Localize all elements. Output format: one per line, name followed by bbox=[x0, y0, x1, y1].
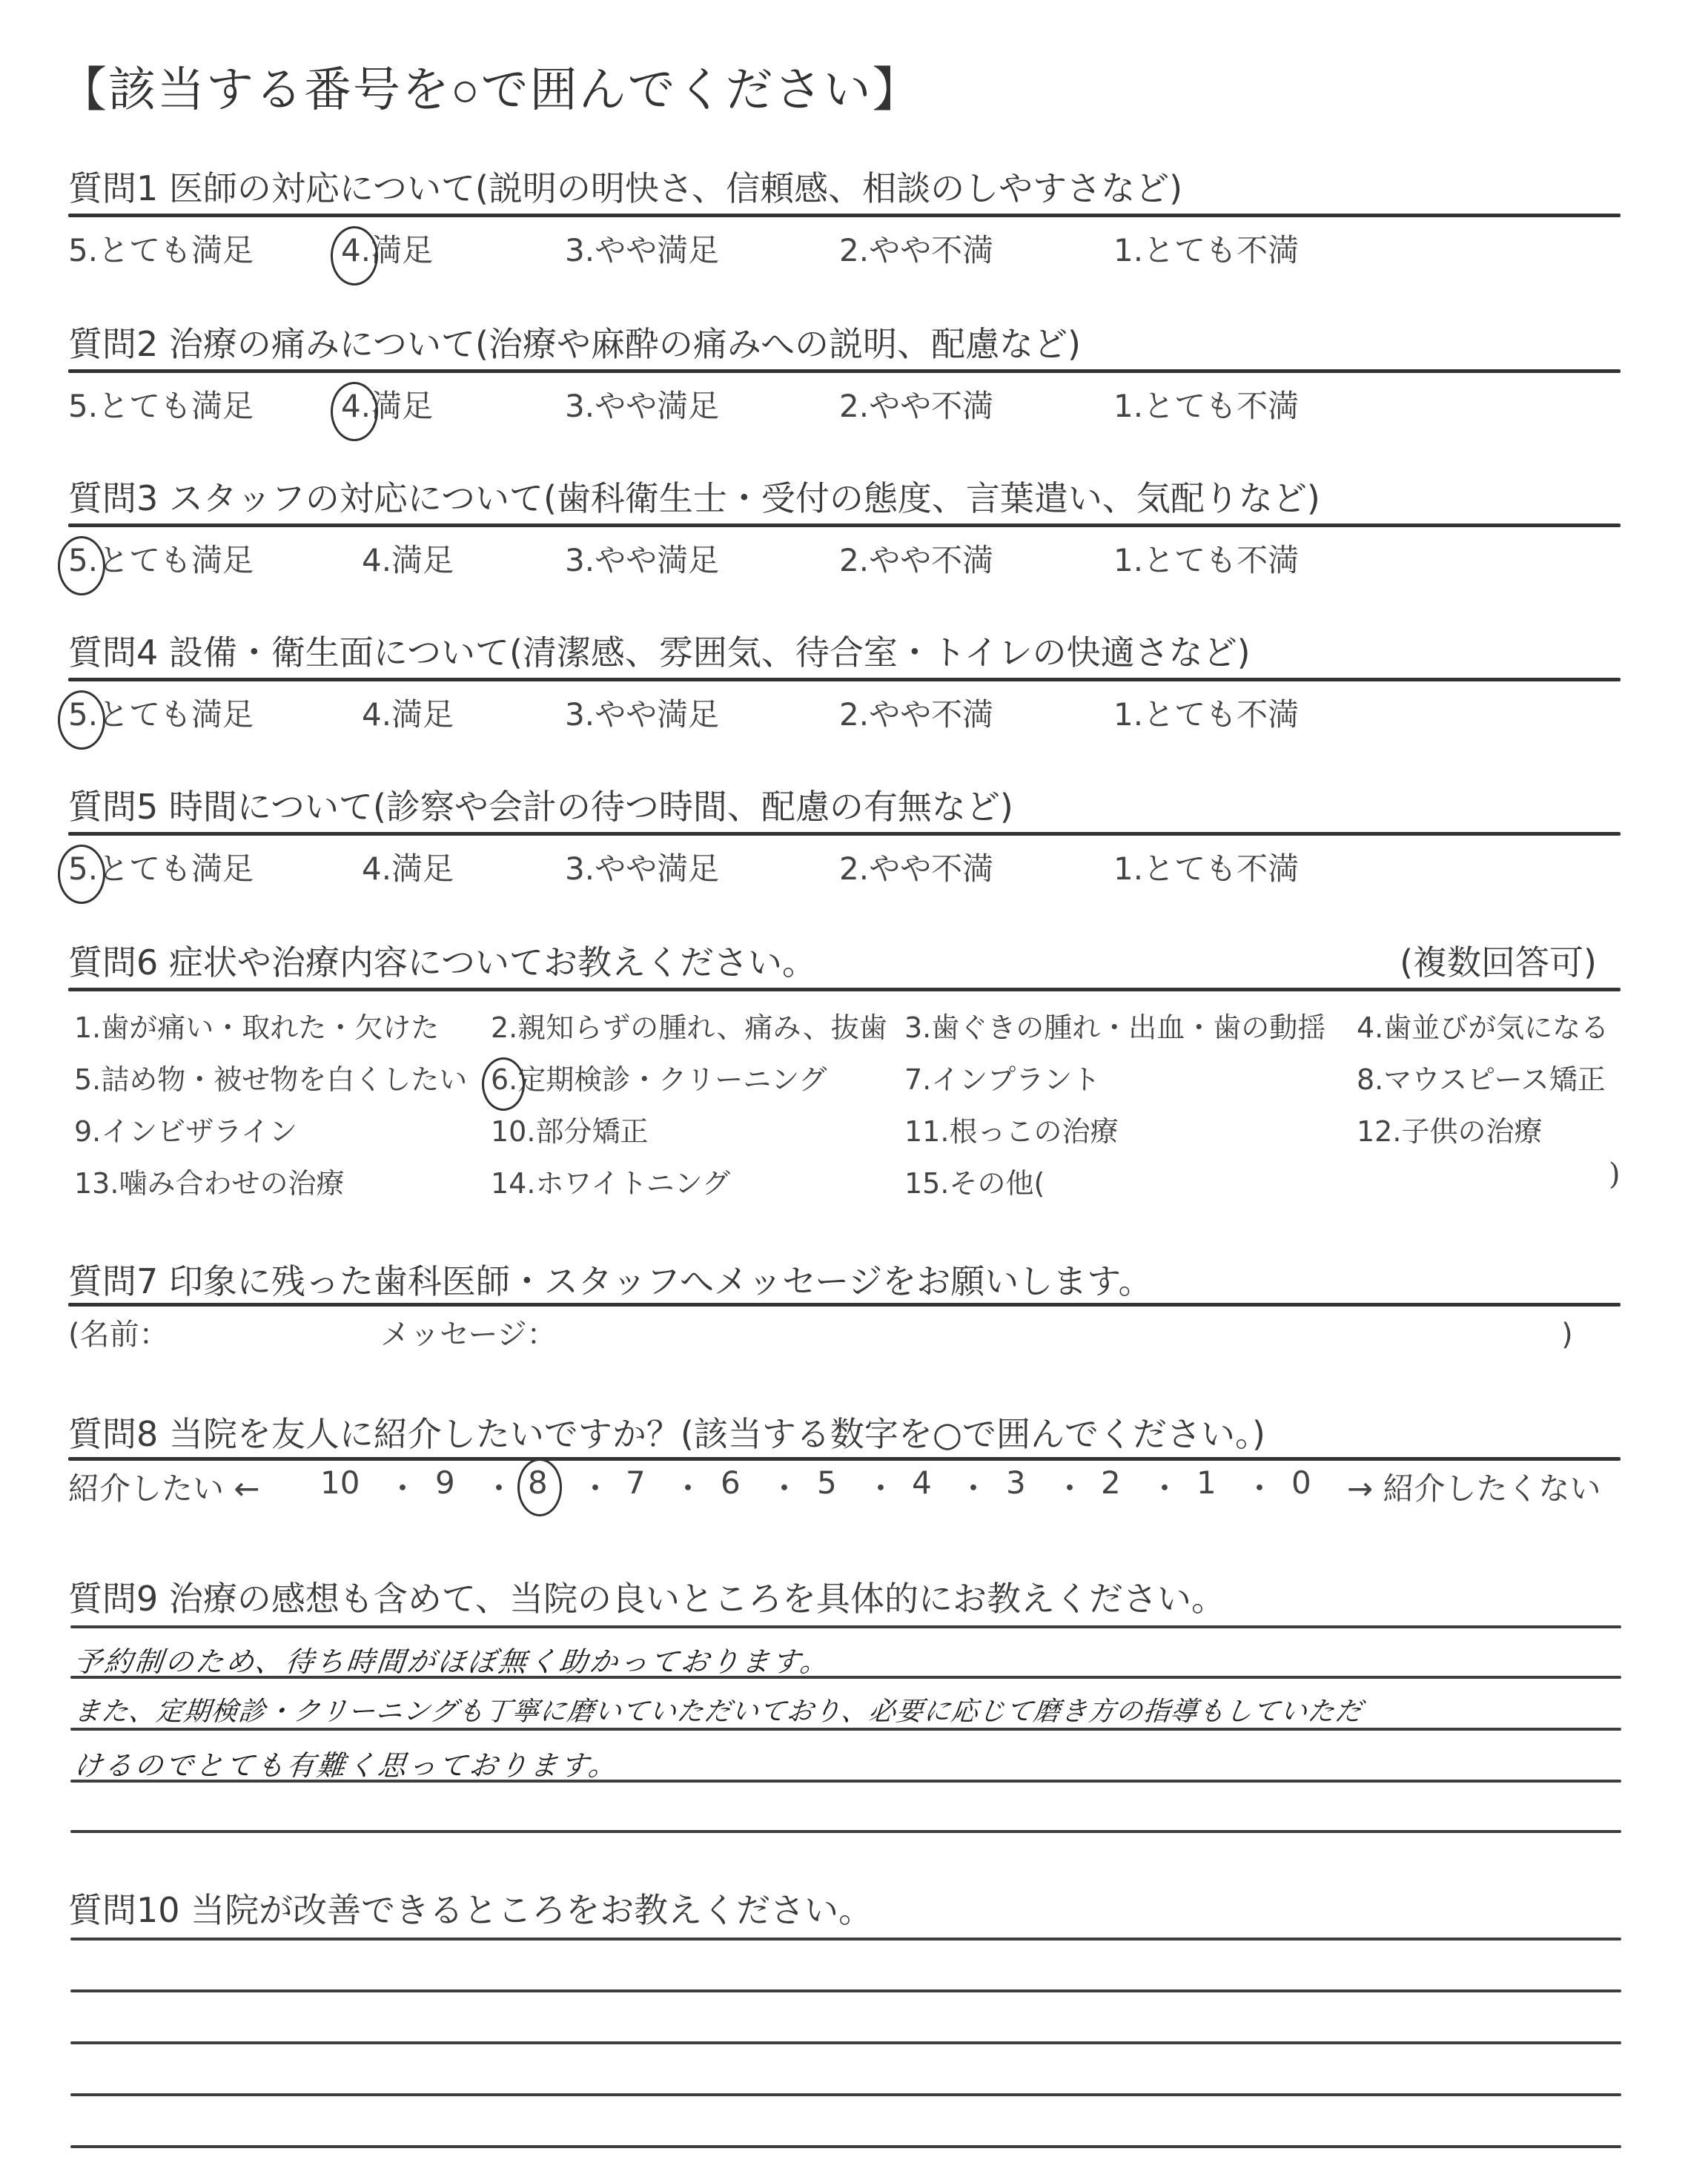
q2-options: 5.とても満足 4.満足 3.やや満足 2.やや不満 1.とても不満 bbox=[68, 382, 1625, 426]
q10-answer-line-5[interactable] bbox=[70, 2145, 1621, 2148]
q3-title: 質問3 スタッフの対応について(歯科衛生士・受付の態度、言葉遣い、気配りなど) bbox=[68, 472, 1320, 521]
q8-separator: ・ bbox=[580, 1464, 611, 1509]
q7-name-label: (名前： bbox=[68, 1318, 169, 1352]
q9-answer-line-3[interactable]: けるのでとても有難く思っております。 bbox=[72, 1743, 621, 1783]
q8-value-2[interactable]: 2 bbox=[1101, 1464, 1121, 1501]
q9-title: 質問9 治療の感想も含めて、当院の良いところを具体的にお教えください。 bbox=[68, 1572, 1225, 1621]
q1-option-2[interactable]: 2.やや不満 bbox=[839, 226, 993, 271]
q7-close-paren: ) bbox=[1561, 1318, 1573, 1352]
q8-separator: ・ bbox=[483, 1464, 514, 1509]
q10-answer-line-3[interactable] bbox=[70, 2041, 1621, 2044]
q1-rule bbox=[68, 214, 1621, 217]
q1-option-1[interactable]: 1.とても不満 bbox=[1113, 226, 1299, 271]
q9-rule-2 bbox=[70, 1728, 1621, 1731]
q8-separator: ・ bbox=[1244, 1464, 1275, 1509]
q1-title: 質問1 医師の対応について(説明の明快さ、信頼感、相談のしやすさなど) bbox=[68, 162, 1182, 211]
q6-option-3[interactable]: 3.歯ぐきの腫れ・出血・歯の動揺 bbox=[904, 1005, 1325, 1046]
q8-separator: ・ bbox=[672, 1464, 704, 1509]
q1-option-5[interactable]: 5.とても満足 bbox=[68, 226, 254, 271]
q8-value-0[interactable]: 0 bbox=[1291, 1464, 1311, 1501]
q6-rule bbox=[68, 988, 1621, 991]
q10-answer-line-4[interactable] bbox=[70, 2093, 1621, 2096]
q2-option-1[interactable]: 1.とても不満 bbox=[1113, 382, 1299, 426]
q7-title: 質問7 印象に残った歯科医師・スタッフへメッセージをお願いします。 bbox=[68, 1255, 1153, 1304]
q2-title: 質問2 治療の痛みについて(治療や麻酔の痛みへの説明、配慮など) bbox=[68, 317, 1081, 366]
q5-option-4[interactable]: 4.満足 bbox=[362, 845, 454, 889]
q6-option-10[interactable]: 10.部分矯正 bbox=[491, 1109, 648, 1149]
q9-rule-0 bbox=[70, 1625, 1621, 1628]
q4-option-3[interactable]: 3.やや満足 bbox=[565, 690, 719, 735]
q8-value-6[interactable]: 6 bbox=[721, 1464, 741, 1501]
q2-option-5[interactable]: 5.とても満足 bbox=[68, 382, 254, 426]
q8-title: 質問8 当院を友人に紹介したいですか？(該当する数字を○で囲んでください。) bbox=[68, 1407, 1265, 1456]
q3-option-3[interactable]: 3.やや満足 bbox=[565, 536, 719, 581]
page-title: 【該当する番号を○で囲んでください】 bbox=[59, 52, 921, 120]
q4-option-1[interactable]: 1.とても不満 bbox=[1113, 690, 1299, 735]
q3-option-2[interactable]: 2.やや不満 bbox=[839, 536, 993, 581]
q8-value-7[interactable]: 7 bbox=[626, 1464, 646, 1501]
q8-separator: ・ bbox=[1149, 1464, 1180, 1509]
q6-option-15-other[interactable]: 15.その他( bbox=[904, 1160, 1045, 1201]
q6-title: 質問6 症状や治療内容についてお教えください。 bbox=[68, 936, 816, 985]
q5-option-1[interactable]: 1.とても不満 bbox=[1113, 845, 1299, 889]
q4-rule bbox=[68, 678, 1621, 681]
q4-title: 質問4 設備・衛生面について(清潔感、雰囲気、待合室・トイレの快適さなど) bbox=[68, 626, 1251, 675]
q4-option-5-selected[interactable]: 5.とても満足 bbox=[68, 690, 254, 735]
q8-right-label: → 紹介したくない bbox=[1347, 1464, 1601, 1509]
q7-message-row: (名前： メッセージ： ) bbox=[68, 1311, 1573, 1353]
q10-title: 質問10 当院が改善できるところをお教えください。 bbox=[68, 1883, 873, 1932]
q7-message-label: メッセージ： bbox=[380, 1318, 557, 1352]
q9-rule-4 bbox=[70, 1830, 1621, 1833]
q1-options: 5.とても満足 4.満足 3.やや満足 2.やや不満 1.とても不満 bbox=[68, 226, 1625, 271]
q6-option-1[interactable]: 1.歯が痛い・取れた・欠けた bbox=[74, 1005, 439, 1046]
q1-option-3[interactable]: 3.やや満足 bbox=[565, 226, 719, 271]
q5-option-3[interactable]: 3.やや満足 bbox=[565, 845, 719, 889]
q5-options: 5.とても満足 4.満足 3.やや満足 2.やや不満 1.とても不満 bbox=[68, 845, 1625, 889]
q6-option-13[interactable]: 13.噛み合わせの治療 bbox=[74, 1160, 344, 1201]
q5-option-5-selected[interactable]: 5.とても満足 bbox=[68, 845, 254, 889]
q9-rule-3 bbox=[70, 1780, 1621, 1783]
q6-option-4[interactable]: 4.歯並びが気になる bbox=[1357, 1005, 1609, 1046]
q8-value-1[interactable]: 1 bbox=[1196, 1464, 1217, 1501]
q8-value-10[interactable]: 10 bbox=[320, 1464, 360, 1501]
q3-options: 5.とても満足 4.満足 3.やや満足 2.やや不満 1.とても不満 bbox=[68, 536, 1625, 581]
q6-option-5[interactable]: 5.詰め物・被せ物を白くしたい bbox=[74, 1057, 467, 1097]
q8-separator: ・ bbox=[387, 1464, 418, 1509]
q2-rule bbox=[68, 369, 1621, 373]
q2-option-4-selected[interactable]: 4.満足 bbox=[341, 382, 433, 426]
q6-option-2[interactable]: 2.親知らずの腫れ、痛み、抜歯 bbox=[491, 1005, 887, 1046]
q1-option-4-selected[interactable]: 4.満足 bbox=[341, 226, 433, 271]
q4-option-2[interactable]: 2.やや不満 bbox=[839, 690, 993, 735]
q10-answer-line-1[interactable] bbox=[70, 1938, 1621, 1941]
q5-title: 質問5 時間について(診察や会計の待つ時間、配慮の有無など) bbox=[68, 780, 1013, 829]
q6-option-12[interactable]: 12.子供の治療 bbox=[1357, 1109, 1542, 1149]
q9-answer-line-2[interactable]: また、定期検診・クリーニングも丁寧に磨いていただいており、必要に応じて磨き方の指… bbox=[72, 1691, 1365, 1728]
q7-rule bbox=[68, 1303, 1621, 1307]
q6-option-9[interactable]: 9.インビザライン bbox=[74, 1109, 297, 1149]
q6-option-14[interactable]: 14.ホワイトニング bbox=[491, 1160, 730, 1201]
q8-value-4[interactable]: 4 bbox=[912, 1464, 932, 1501]
q6-other-close-paren: ) bbox=[1609, 1157, 1621, 1192]
q8-left-label: 紹介したい ← bbox=[68, 1464, 260, 1509]
q6-multiple-answers-note: (複数回答可) bbox=[1400, 936, 1597, 985]
q8-value-5[interactable]: 5 bbox=[817, 1464, 837, 1501]
q8-value-3[interactable]: 3 bbox=[1006, 1464, 1026, 1501]
q5-option-2[interactable]: 2.やや不満 bbox=[839, 845, 993, 889]
q3-rule bbox=[68, 524, 1621, 527]
q6-option-11[interactable]: 11.根っこの治療 bbox=[904, 1109, 1118, 1149]
q4-options: 5.とても満足 4.満足 3.やや満足 2.やや不満 1.とても不満 bbox=[68, 690, 1625, 735]
q9-answer-line-1[interactable]: 予約制のため、待ち時間がほぼ無く助かっております。 bbox=[72, 1639, 833, 1680]
q8-separator: ・ bbox=[958, 1464, 989, 1509]
q8-value-9[interactable]: 9 bbox=[435, 1464, 455, 1501]
q2-option-2[interactable]: 2.やや不満 bbox=[839, 382, 993, 426]
q4-option-4[interactable]: 4.満足 bbox=[362, 690, 454, 735]
q6-option-7[interactable]: 7.インプラント bbox=[904, 1057, 1100, 1097]
q8-separator: ・ bbox=[769, 1464, 800, 1509]
q8-separator: ・ bbox=[865, 1464, 896, 1509]
q10-answer-line-2[interactable] bbox=[70, 1989, 1621, 1992]
q8-separator: ・ bbox=[1054, 1464, 1085, 1509]
q3-option-4[interactable]: 4.満足 bbox=[362, 536, 454, 581]
q2-option-3[interactable]: 3.やや満足 bbox=[565, 382, 719, 426]
q5-rule bbox=[68, 832, 1621, 836]
q8-recommend-scale: 紹介したい ← 10 ・ 9 ・ 8 ・ 7 ・ 6 ・ 5 ・ 4 ・ 3 ・… bbox=[68, 1464, 1625, 1509]
q3-option-1[interactable]: 1.とても不満 bbox=[1113, 536, 1299, 581]
q8-value-8-selected[interactable]: 8 bbox=[528, 1464, 548, 1501]
q6-option-8[interactable]: 8.マウスピース矯正 bbox=[1357, 1057, 1606, 1097]
q9-rule-1 bbox=[70, 1676, 1621, 1679]
q6-option-6-selected[interactable]: 6.定期検診・クリーニング bbox=[491, 1057, 827, 1097]
q8-rule bbox=[68, 1457, 1621, 1461]
q3-option-5-selected[interactable]: 5.とても満足 bbox=[68, 536, 254, 581]
